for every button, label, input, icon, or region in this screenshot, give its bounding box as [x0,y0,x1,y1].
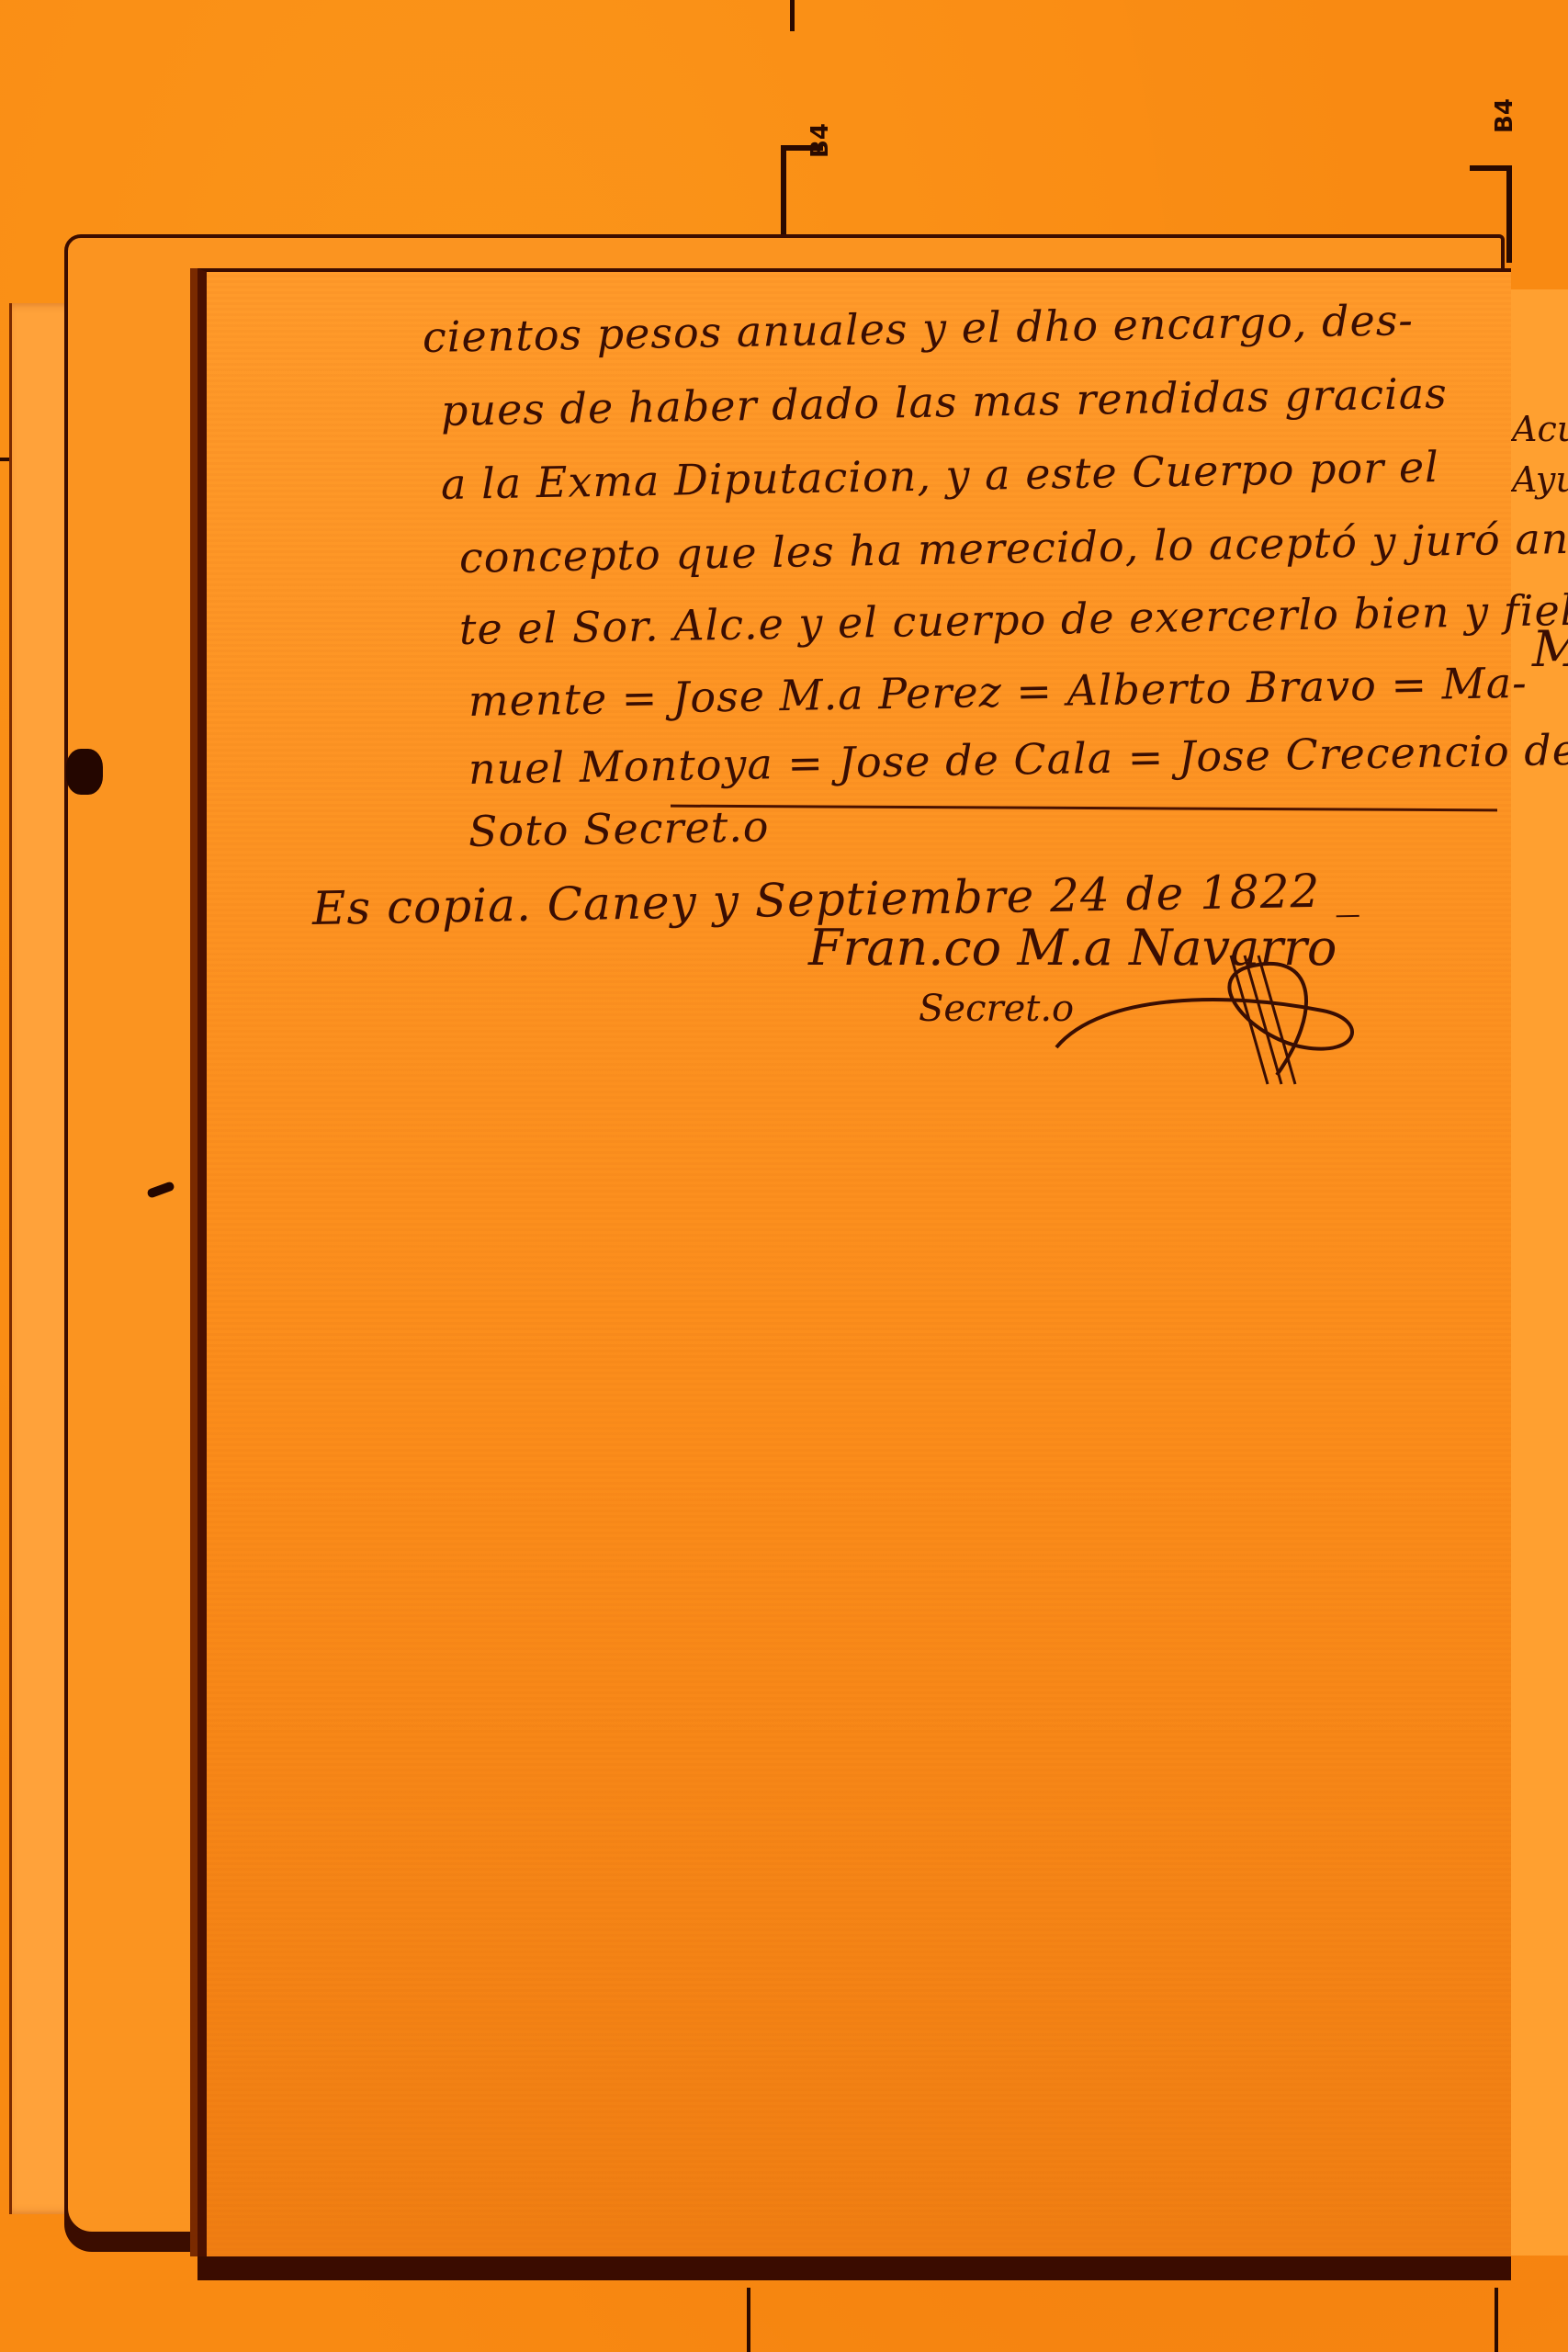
crop-tick-bottom-right [1495,2288,1498,2352]
crop-tick-bottom-left [747,2288,750,2352]
crop-mark-left [781,145,823,243]
text-line: Soto Secret.o [468,801,770,856]
crop-label-left: B4 [807,123,834,158]
adjacent-page: Acu Ayu M [1502,289,1568,2256]
signature-flourish [1047,937,1378,1093]
ink-stain [66,749,103,795]
margin-fragment: Acu [1512,409,1568,449]
crop-label-right: B4 [1491,98,1518,133]
crop-tick-top [790,0,795,31]
margin-fragment: Ayu [1512,459,1568,500]
